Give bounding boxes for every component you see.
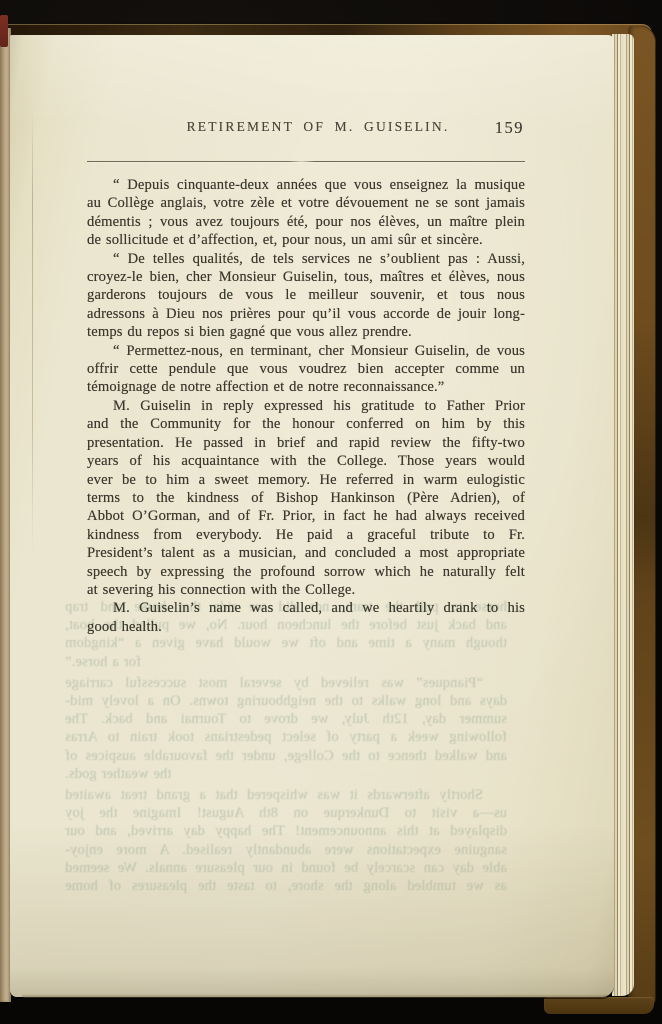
- bleedthrough-line: as we tumbled along the shore, to taste …: [65, 877, 507, 895]
- text-line: témoignage de notre affection et de notr…: [87, 378, 525, 396]
- bleedthrough-line: sanguine expectations were abundantly re…: [65, 841, 507, 859]
- text-line: de sollicitude et d’affection, et, pour …: [87, 231, 525, 249]
- text-line: M. Guiselin’s name was called, and we he…: [87, 599, 525, 617]
- text-line: speech by expressing the profound sorrow…: [87, 563, 525, 581]
- text-line: at severing his connection with the Coll…: [87, 581, 525, 599]
- book-photo: horse to pull the tram, nor did we ride …: [0, 0, 662, 1024]
- body-paragraph: M. Guiselin in reply expressed his grati…: [87, 397, 525, 599]
- text-line: garderons toujours de vous le meilleur s…: [87, 286, 525, 304]
- text-line: presentation. He passed in brief and rap…: [87, 434, 525, 452]
- text-line: kindness from everybody. He paid a grace…: [87, 526, 525, 544]
- bleedthrough-line: displayed at this announcement! The happ…: [65, 822, 507, 840]
- text-line: temps du repos si bien gagné que vous al…: [87, 323, 525, 341]
- bleedthrough-paragraph: Shortly afterwards it was whispered that…: [65, 786, 507, 895]
- text-line: démentis ; vous avez toujours été, pour …: [87, 213, 525, 231]
- text-line: years of his acquaintance with the Colle…: [87, 452, 525, 470]
- text-line: Abbot O’Gorman, and of Fr. Prior, in fac…: [87, 507, 525, 525]
- spine-headband: [0, 15, 8, 47]
- page-edge-stack: [612, 34, 634, 996]
- body-paragraph: M. Guiselin’s name was called, and we he…: [87, 599, 525, 636]
- bleedthrough-text: horse to pull the tram, nor did we ride …: [65, 598, 507, 898]
- body-paragraph: “ Depuis cinquante-deux années que vous …: [87, 176, 525, 250]
- bleedthrough-paragraph: “Pianques” was relieved by several most …: [65, 674, 507, 783]
- body-paragraph: “ Permettez-nous, en terminant, cher Mon…: [87, 342, 525, 397]
- text-line: “ Permettez-nous, en terminant, cher Mon…: [87, 342, 525, 360]
- page-content: RETIREMENT OF M. GUISELIN. 159 “ Depuis …: [87, 119, 525, 636]
- bleedthrough-line: able day can scarcely be found in our pl…: [65, 859, 507, 877]
- body-paragraph: “ De telles qualités, de tels services n…: [87, 250, 525, 342]
- bleedthrough-line: for a horse.”: [65, 653, 507, 671]
- text-line: offrir cette pendule que vous voudrez bi…: [87, 360, 525, 378]
- bleedthrough-line: “Pianques” was relieved by several most …: [65, 674, 507, 692]
- text-line: terms to the kindness of Bishop Hankinso…: [87, 489, 525, 507]
- bleedthrough-line: the weather gods.: [65, 765, 507, 783]
- text-line: “ De telles qualités, de tels services n…: [87, 250, 525, 268]
- text-line: adressons à Dieu nos prières pour qu’il …: [87, 305, 525, 323]
- text-line: croyez-le bien, cher Monsieur Guiselin, …: [87, 268, 525, 286]
- bleedthrough-line: days and long walks to the neighbouring …: [65, 692, 507, 710]
- bleedthrough-line: though many a time and oft we would have…: [65, 634, 507, 652]
- bleedthrough-line: Shortly afterwards it was whispered that…: [65, 786, 507, 804]
- header-rule: [87, 161, 525, 162]
- running-title: RETIREMENT OF M. GUISELIN.: [187, 119, 450, 135]
- text-line: good health.: [87, 618, 525, 636]
- book-page: horse to pull the tram, nor did we ride …: [10, 35, 614, 997]
- text-line: M. Guiselin in reply expressed his grati…: [87, 397, 525, 415]
- text-block: “ Depuis cinquante-deux années que vous …: [87, 176, 525, 636]
- bleedthrough-line: following week a party of select pedestr…: [65, 728, 507, 746]
- bleedthrough-line: and walked thence to the College, under …: [65, 747, 507, 765]
- text-line: “ Depuis cinquante-deux années que vous …: [87, 176, 525, 194]
- book-cover-bottom: [544, 997, 654, 1014]
- gutter-crease: [32, 112, 33, 555]
- text-line: and the Community for the honour conferr…: [87, 415, 525, 433]
- page-header: RETIREMENT OF M. GUISELIN. 159: [87, 119, 525, 137]
- text-line: ever be to him a sweet memory. He referr…: [87, 471, 525, 489]
- text-line: au Collège anglais, votre zèle et votre …: [87, 194, 525, 212]
- text-line: President’s talent as a musician, and co…: [87, 544, 525, 562]
- page-number: 159: [495, 118, 524, 138]
- bleedthrough-line: summer day, 12th July, we drove to Tourn…: [65, 710, 507, 728]
- bleedthrough-line: us—a visit to Dunkerque on 8th August! I…: [65, 804, 507, 822]
